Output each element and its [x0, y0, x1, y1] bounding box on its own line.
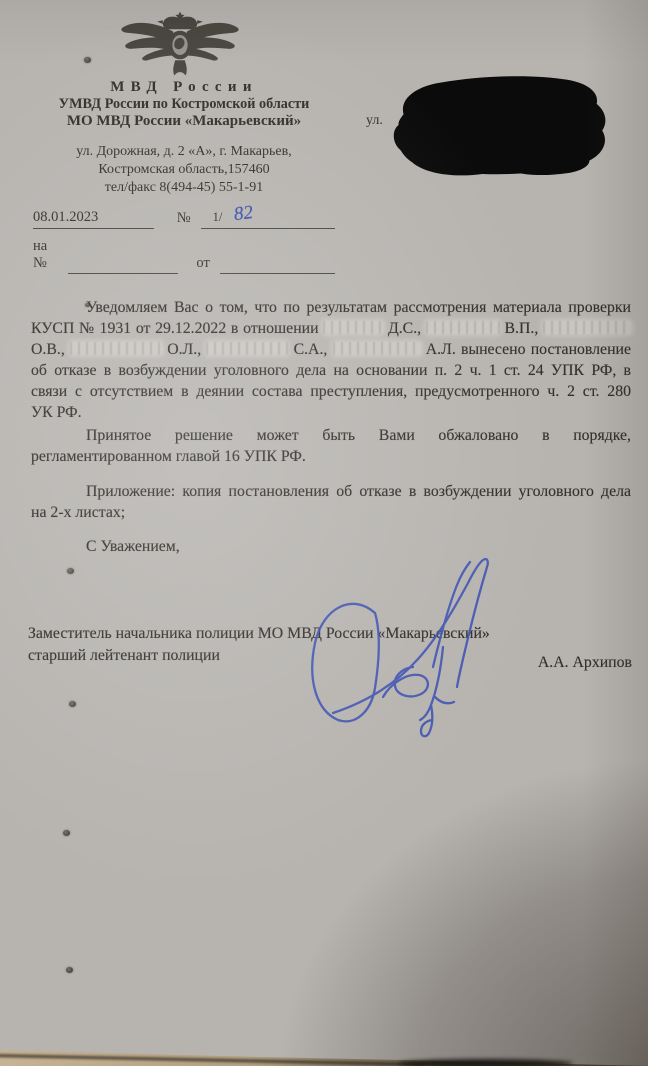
reply-number-field-blank	[68, 257, 178, 274]
paper-speck	[84, 57, 91, 63]
body-paragraph-attachment: Приложение: копия постановления об отказ…	[31, 481, 631, 523]
recipient-address-prefix: ул.	[366, 113, 383, 129]
paper-speck	[69, 701, 76, 707]
reply-date-label: от	[196, 255, 209, 272]
attachment-line-1: Приложение: копия постановления об отказ…	[31, 481, 631, 502]
redacted-name	[426, 321, 500, 334]
reply-number-label: на №	[33, 238, 60, 272]
reply-date-field-blank	[220, 257, 335, 274]
paragraph-2-line-1: Принятое решение может быть Вами обжалов…	[31, 425, 631, 446]
reference-block: 08.01.2023 № 1/ 82 на № от	[33, 209, 335, 274]
org-name-umvd: УМВД России по Костромской области	[28, 96, 340, 113]
outgoing-number-field: 1/ 82	[201, 209, 335, 229]
redacted-name	[333, 342, 421, 355]
attachment-line-2: на 2-х листах;	[31, 502, 631, 523]
org-name-mo-mvd: МО МВД России «Макарьевский»	[28, 113, 340, 130]
paper-speck	[67, 568, 74, 574]
letterhead: МВД России УМВД России по Костромской об…	[28, 79, 340, 197]
letter-page: МВД России УМВД России по Костромской об…	[0, 0, 648, 1066]
reply-reference-row: на № от	[33, 238, 335, 274]
paper-speck	[66, 967, 73, 973]
paper-speck	[85, 303, 90, 307]
paper-speck	[63, 830, 70, 836]
outgoing-number-printed: 1/	[201, 210, 223, 224]
org-address-street: ул. Дорожная, д. 2 «А», г. Макарьев,	[28, 143, 340, 161]
mvd-eagle-emblem-icon	[118, 10, 242, 80]
handwritten-signature-icon	[283, 545, 523, 745]
black-redaction-blob	[383, 67, 613, 182]
org-phone: тел/факс 8(494-45) 55-1-91	[28, 179, 340, 197]
outgoing-number-handwritten: 82	[232, 202, 254, 226]
redacted-name	[70, 342, 162, 355]
org-address-region: Костромская область,157460	[28, 161, 340, 179]
number-label: №	[177, 210, 191, 227]
letter-body: Уведомляем Вас о том, что по результатам…	[31, 297, 631, 557]
paragraph-2-line-2: регламентированном главой 16 УПК РФ.	[31, 446, 631, 467]
date-number-row: 08.01.2023 № 1/ 82	[33, 209, 335, 229]
org-address: ул. Дорожная, д. 2 «А», г. Макарьев, Кос…	[28, 143, 340, 197]
redacted-name	[323, 321, 383, 334]
dark-object-on-table	[398, 1059, 573, 1066]
redacted-name	[206, 342, 288, 355]
signer-name: А.А. Архипов	[538, 652, 632, 674]
date-field: 08.01.2023	[33, 209, 154, 229]
photographed-letter: МВД России УМВД России по Костромской об…	[0, 0, 648, 1066]
body-paragraph-2: Принятое решение может быть Вами обжалов…	[31, 425, 631, 467]
org-name-mvd: МВД России	[28, 79, 340, 96]
body-paragraph-1: Уведомляем Вас о том, что по результатам…	[31, 297, 631, 423]
redacted-name	[543, 321, 631, 334]
